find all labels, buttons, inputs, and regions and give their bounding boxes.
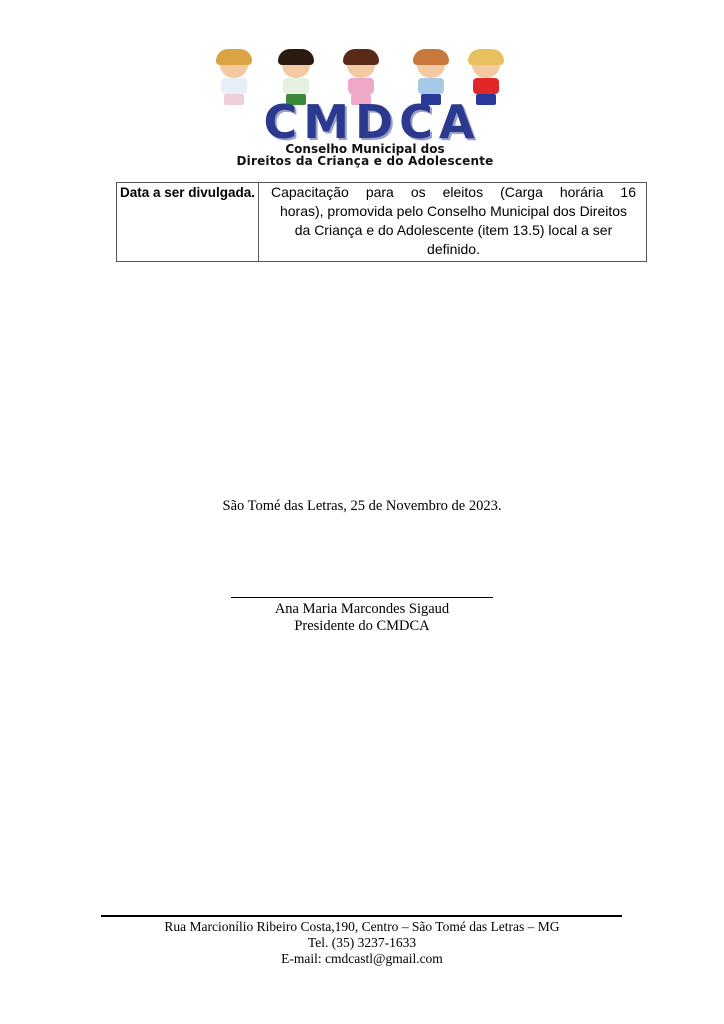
footer-divider [101, 915, 622, 917]
schedule-table: Data a ser divulgada. Capacitação para o… [116, 182, 647, 262]
signature-line [231, 597, 493, 598]
table-cell-date: Data a ser divulgada. [117, 183, 259, 261]
logo-acronym: CMDCA [222, 100, 522, 144]
place-date: São Tomé das Letras, 25 de Novembro de 2… [0, 498, 724, 515]
footer-email: E-mail: cmdcastl@gmail.com [0, 951, 724, 967]
cmdca-logo: CMDCA Conselho Municipal dos Direitos da… [200, 48, 530, 170]
description-line1: Capacitação para os eleitos (Carga horár… [271, 183, 636, 202]
footer-address: Rua Marcionílio Ribeiro Costa,190, Centr… [0, 919, 724, 935]
child-figure [208, 52, 260, 106]
footer: Rua Marcionílio Ribeiro Costa,190, Centr… [0, 919, 724, 967]
signer-name: Ana Maria Marcondes Sigaud [0, 601, 724, 618]
table-cell-description: Capacitação para os eleitos (Carga horár… [259, 183, 646, 261]
logo-subtitle-line2: Direitos da Criança e do Adolescente [200, 155, 530, 168]
signer-role: Presidente do CMDCA [0, 618, 724, 635]
document-page: CMDCA Conselho Municipal dos Direitos da… [0, 0, 724, 1024]
footer-phone: Tel. (35) 3237-1633 [0, 935, 724, 951]
description-rest: horas), promovida pelo Conselho Municipa… [271, 202, 636, 259]
